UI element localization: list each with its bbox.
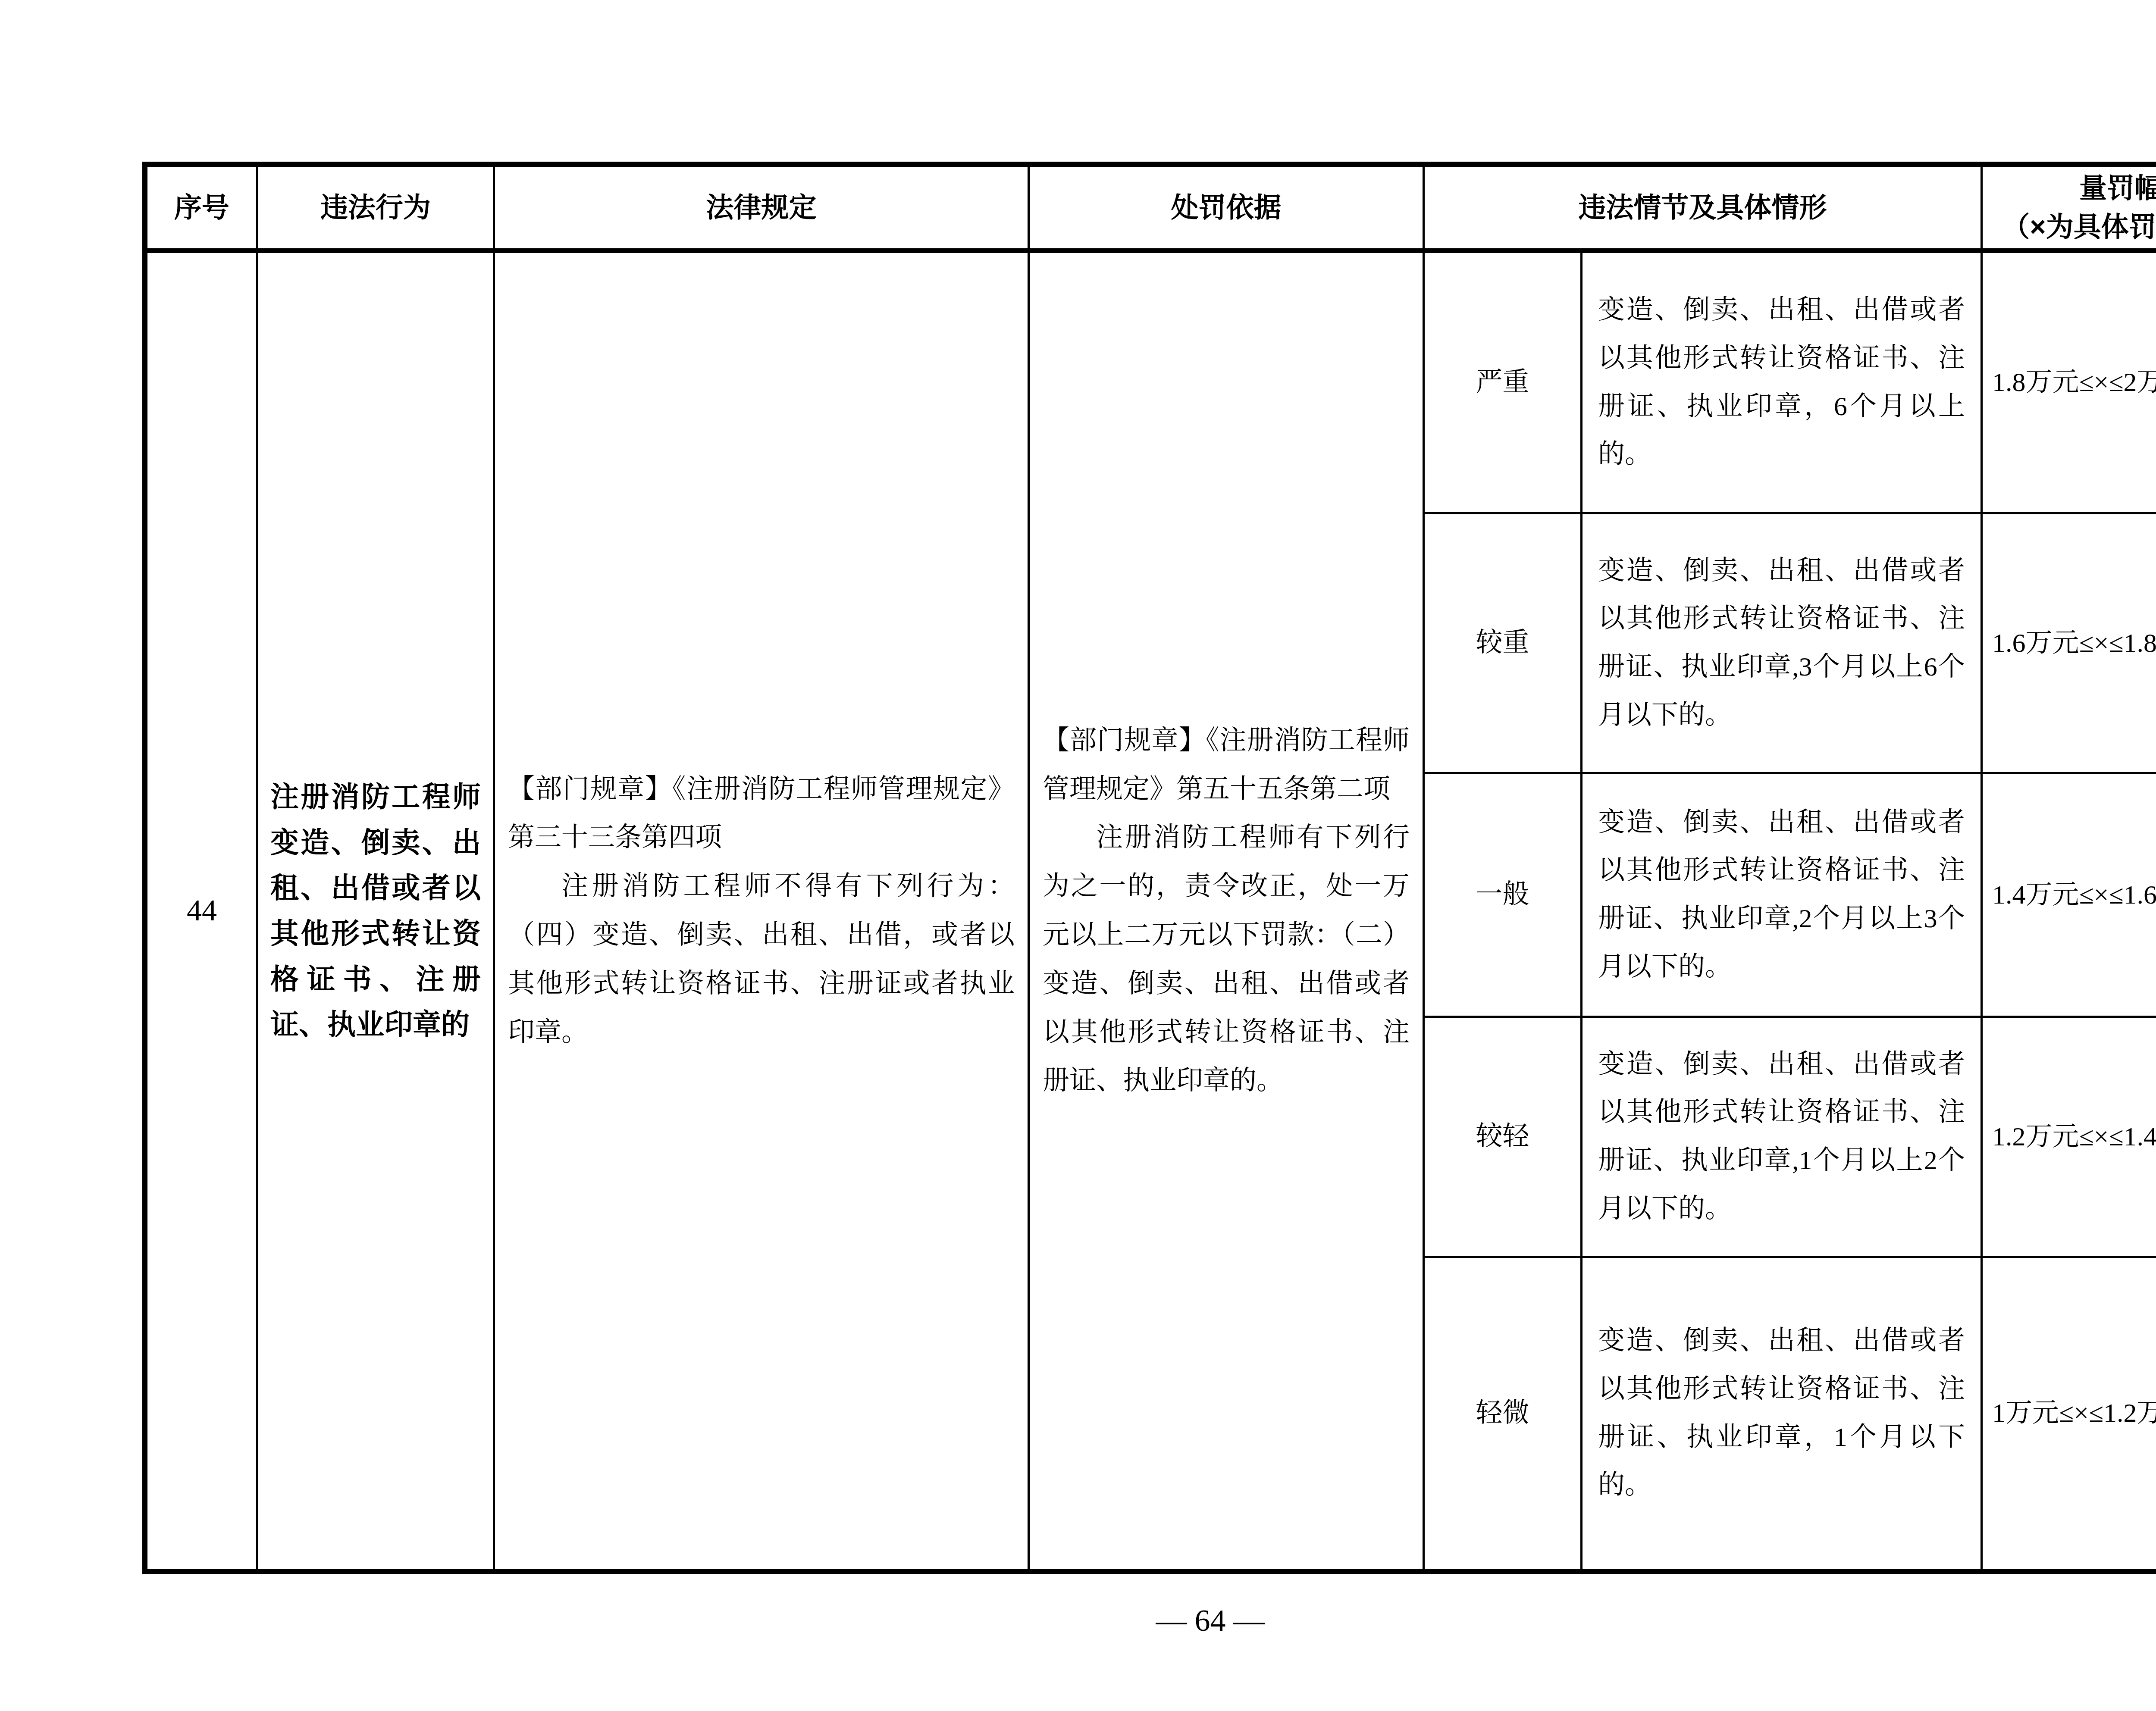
basis-cell: 【部门规章】《注册消防工程师管理规定》第五十五条第二项 注册消防工程师有下列行为… <box>1030 253 1425 1569</box>
severity-label: 轻微 <box>1476 1389 1529 1438</box>
header-circumstance: 违法情节及具体情形 <box>1425 167 1983 253</box>
page-number: — 64 — <box>0 1603 2156 1639</box>
range-cell: 1.4万元≤×≤1.6万元 <box>1983 774 2156 1018</box>
basis-paragraph-1: 【部门规章】《注册消防工程师管理规定》第五十五条第二项 <box>1030 716 1423 814</box>
header-range-line1: 量罚幅度 <box>2079 169 2156 208</box>
range-cell: 1.6万元≤×≤1.8万元 <box>1983 514 2156 774</box>
severity-cell: 一般 <box>1425 774 1583 1018</box>
header-legal: 法律规定 <box>495 167 1030 253</box>
circumstance-text: 变造、倒卖、出租、出借或者以其他形式转让资格证书、注册证、执业印章,3个月以上6… <box>1598 547 1965 739</box>
circumstance-text: 变造、倒卖、出租、出借或者以其他形式转让资格证书、注册证、执业印章，1个月以下的… <box>1598 1317 1965 1509</box>
header-legal-label: 法律规定 <box>706 188 817 227</box>
range-text: 1.4万元≤×≤1.6万元 <box>1992 872 2156 919</box>
header-behavior-label: 违法行为 <box>320 188 431 227</box>
severity-cell: 较轻 <box>1425 1018 1583 1258</box>
basis-paragraph-2: 注册消防工程师有下列行为之一的，责令改正，处一万元以上二万元以下罚款：（二）变造… <box>1030 813 1423 1105</box>
document-page: 序号 违法行为 法律规定 处罚依据 违法情节及具体情形 量罚幅度 （×为具体罚款… <box>0 0 2156 1711</box>
range-cell: 1.2万元≤×≤1.4万元 <box>1983 1018 2156 1258</box>
severity-label: 较重 <box>1476 619 1529 667</box>
circumstance-cell: 变造、倒卖、出租、出借或者以其他形式转让资格证书、注册证、执业印章,2个月以上3… <box>1583 774 1983 1018</box>
penalty-table: 序号 违法行为 法律规定 处罚依据 违法情节及具体情形 量罚幅度 （×为具体罚款… <box>142 162 2156 1574</box>
range-text: 1.8万元≤×≤2万元 <box>1992 359 2156 406</box>
legal-paragraph-2: 注册消防工程师不得有下列行为：（四）变造、倒卖、出租、出借，或者以其他形式转让资… <box>495 862 1028 1057</box>
header-index: 序号 <box>147 167 258 253</box>
severity-label: 严重 <box>1476 359 1529 407</box>
severity-label: 较轻 <box>1476 1113 1529 1161</box>
circumstance-cell: 变造、倒卖、出租、出借或者以其他形式转让资格证书、注册证、执业印章，6个月以上的… <box>1583 253 1983 514</box>
circumstance-cell: 变造、倒卖、出租、出借或者以其他形式转让资格证书、注册证、执业印章，1个月以下的… <box>1583 1258 1983 1569</box>
header-index-label: 序号 <box>174 188 229 227</box>
legal-cell: 【部门规章】《注册消防工程师管理规定》第三十三条第四项 注册消防工程师不得有下列… <box>495 253 1030 1569</box>
severity-cell: 严重 <box>1425 253 1583 514</box>
header-basis-label: 处罚依据 <box>1171 188 1282 227</box>
circumstance-text: 变造、倒卖、出租、出借或者以其他形式转让资格证书、注册证、执业印章,2个月以上3… <box>1598 799 1965 991</box>
header-behavior: 违法行为 <box>258 167 495 253</box>
row-index-value: 44 <box>187 894 217 928</box>
row-index-cell: 44 <box>147 253 258 1569</box>
header-circumstance-label: 违法情节及具体情形 <box>1579 188 1827 227</box>
range-text: 1.6万元≤×≤1.8万元 <box>1992 620 2156 667</box>
header-range-line2: （×为具体罚款金额） <box>2002 208 2156 247</box>
behavior-text: 注册消防工程师变造、倒卖、出租、出借或者以其他形式转让资格证书、注册证、执业印章… <box>270 774 481 1048</box>
header-range: 量罚幅度 （×为具体罚款金额） <box>1983 167 2156 253</box>
circumstance-text: 变造、倒卖、出租、出借或者以其他形式转让资格证书、注册证、执业印章,1个月以上2… <box>1598 1041 1965 1233</box>
range-cell: 1万元≤×≤1.2万元 <box>1983 1258 2156 1569</box>
range-text: 1.2万元≤×≤1.4万元 <box>1992 1114 2156 1160</box>
circumstance-cell: 变造、倒卖、出租、出借或者以其他形式转让资格证书、注册证、执业印章,1个月以上2… <box>1583 1018 1983 1258</box>
header-basis: 处罚依据 <box>1030 167 1425 253</box>
circumstance-text: 变造、倒卖、出租、出借或者以其他形式转让资格证书、注册证、执业印章，6个月以上的… <box>1598 286 1965 479</box>
range-text: 1万元≤×≤1.2万元 <box>1992 1390 2156 1437</box>
legal-paragraph-1: 【部门规章】《注册消防工程师管理规定》第三十三条第四项 <box>495 765 1028 863</box>
severity-cell: 较重 <box>1425 514 1583 774</box>
severity-label: 一般 <box>1476 871 1529 919</box>
severity-cell: 轻微 <box>1425 1258 1583 1569</box>
range-cell: 1.8万元≤×≤2万元 <box>1983 253 2156 514</box>
behavior-cell: 注册消防工程师变造、倒卖、出租、出借或者以其他形式转让资格证书、注册证、执业印章… <box>258 253 495 1569</box>
circumstance-cell: 变造、倒卖、出租、出借或者以其他形式转让资格证书、注册证、执业印章,3个月以上6… <box>1583 514 1983 774</box>
